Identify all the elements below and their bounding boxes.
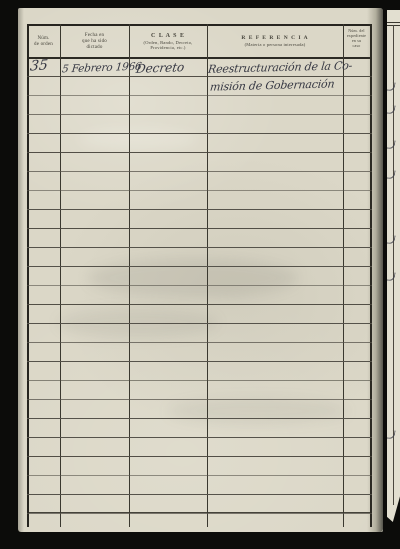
row-rule-line xyxy=(27,342,372,343)
row-rule-line xyxy=(27,114,372,115)
row-rule-line xyxy=(27,494,372,495)
header-subtitle: Providencia, etc.) xyxy=(150,45,185,51)
header-title: C L A S E xyxy=(151,33,185,40)
adjacent-page-ink-mark xyxy=(386,104,395,114)
row-rule-line xyxy=(27,456,372,457)
row-rule-line xyxy=(27,304,372,305)
header-line: de orden xyxy=(34,42,53,48)
row-rule-line xyxy=(27,323,372,324)
row-rule-line xyxy=(27,266,372,267)
row-rule-line xyxy=(27,228,372,229)
adjacent-page-ink-mark xyxy=(386,139,395,149)
row-rule-line xyxy=(27,133,372,134)
adjacent-page-ink-mark xyxy=(386,234,395,244)
row-rule-line xyxy=(27,190,372,191)
adjacent-page-rule xyxy=(387,22,400,23)
row-rule-line xyxy=(27,399,372,400)
row-rule-line xyxy=(27,209,372,210)
row-rule-line xyxy=(27,171,372,172)
column-header-num-orden: Núm. de orden xyxy=(27,26,60,57)
column-header-referencia: R E F E R E N C I A (Materia o persona i… xyxy=(207,26,343,57)
row-rule-line xyxy=(27,285,372,286)
row-rule-line xyxy=(27,95,372,96)
row-rule-line xyxy=(27,437,372,438)
ruled-rows xyxy=(27,57,372,513)
row-rule-line xyxy=(27,380,372,381)
adjacent-page-ink-mark xyxy=(386,81,395,91)
header-title: R E F E R E N C I A xyxy=(241,35,308,42)
scanned-ledger-page: Núm. de orden Fecha en que ha sido dicta… xyxy=(18,8,383,532)
row-rule-line xyxy=(27,76,372,77)
row-rule-line xyxy=(27,418,372,419)
row-rule-line xyxy=(27,475,372,476)
row-rule-line xyxy=(27,513,372,514)
column-header-fecha: Fecha en que ha sido dictado xyxy=(60,26,129,57)
row-rule-line xyxy=(27,152,372,153)
header-line: caso xyxy=(353,43,361,48)
header-subtitle: (Materia o persona interesada) xyxy=(245,42,306,48)
adjacent-page-ink-mark xyxy=(386,169,395,179)
column-border xyxy=(370,24,372,527)
header-line: dictado xyxy=(86,45,102,51)
adjacent-page-ink-mark xyxy=(386,271,395,281)
row-rule-line xyxy=(27,361,372,362)
row-rule-line xyxy=(27,247,372,248)
column-header-clase: C L A S E (Orden, Bando, Decreto, Provid… xyxy=(129,26,207,57)
adjacent-page-ink-mark xyxy=(386,429,395,439)
registry-table: Núm. de orden Fecha en que ha sido dicta… xyxy=(27,24,372,513)
column-header-num-expediente: Núm. del expediente en su caso xyxy=(343,26,370,57)
adjacent-page-edge xyxy=(387,10,400,522)
